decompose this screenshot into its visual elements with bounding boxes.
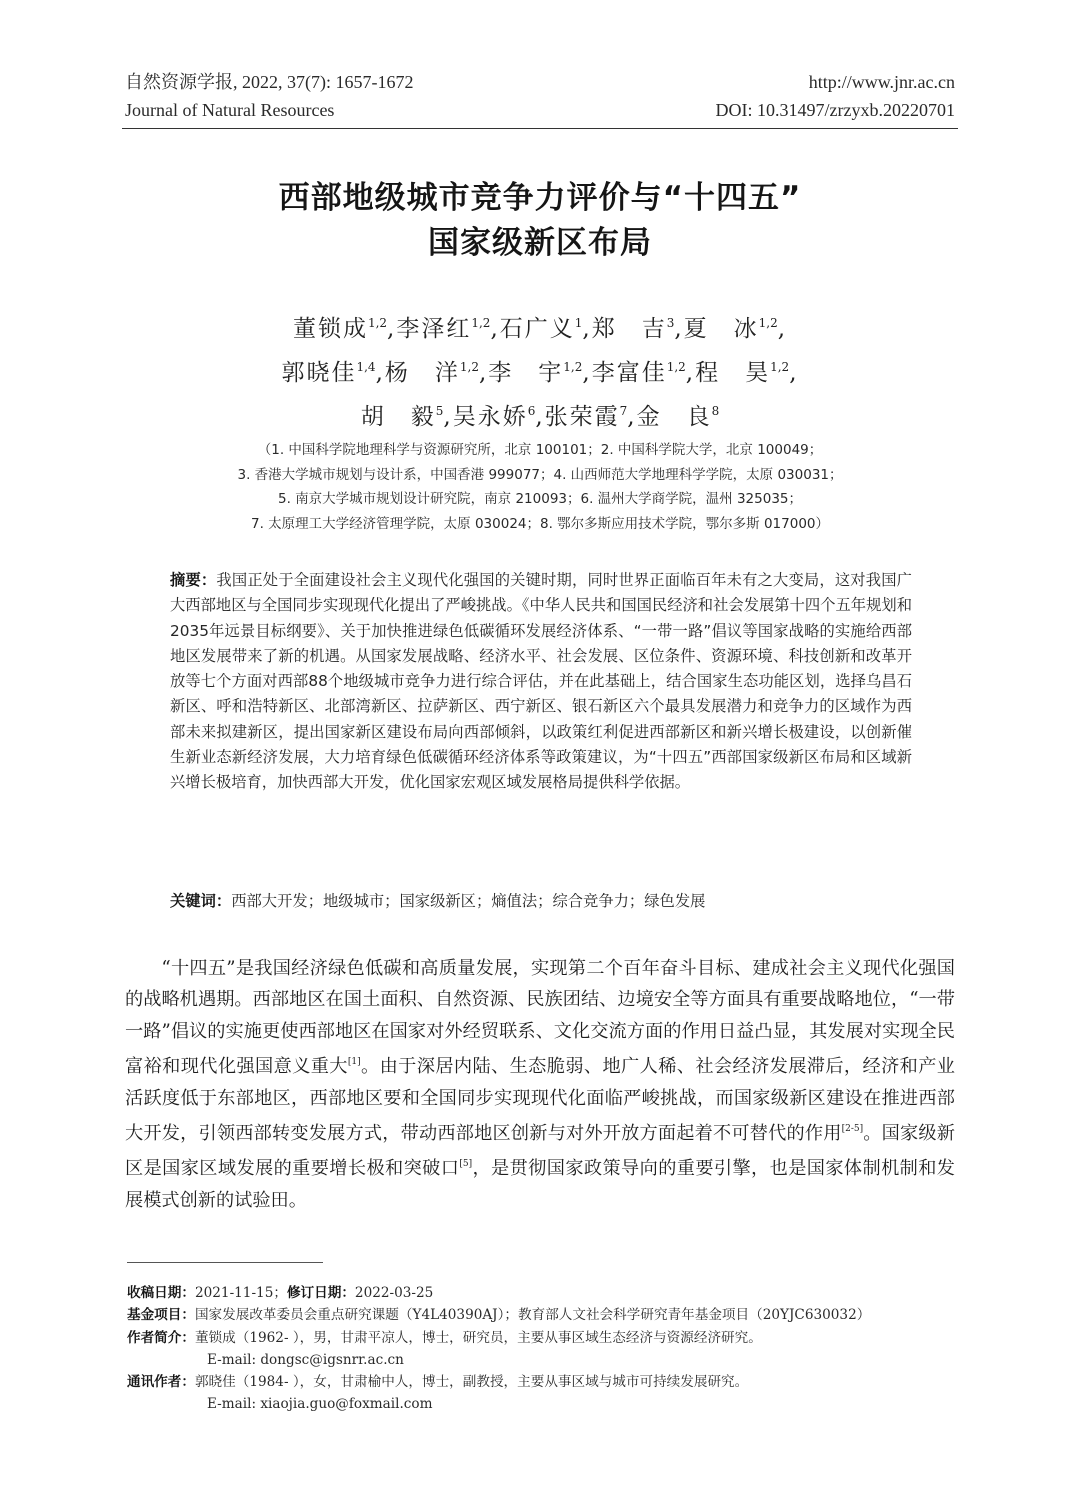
author: 金 良8 <box>637 404 720 430</box>
keywords: 关键词：西部大开发；地级城市；国家级新区；熵值法；综合竞争力；绿色发展 <box>170 889 912 914</box>
header-divider <box>122 128 958 129</box>
keywords-label: 关键词： <box>170 892 231 910</box>
author: 杨 洋1,2, <box>385 360 488 386</box>
author: 郭晓佳1,4, <box>281 360 384 386</box>
citation-ref[interactable]: [2-5] <box>842 1124 864 1134</box>
author: 胡 毅5, <box>361 404 453 430</box>
affiliation-line: 5. 南京大学城市规划设计研究院，南京 210093；6. 温州大学商学院，温州… <box>0 487 1080 512</box>
paper-page: 自然资源学报, 2022, 37(7): 1657-1672 http://ww… <box>0 0 1080 1501</box>
author-email[interactable]: E-mail: dongsc@igsnrr.ac.cn <box>127 1349 967 1371</box>
author: 郑 吉3, <box>592 316 684 342</box>
abstract: 摘要：我国正处于全面建设社会主义现代化强国的关键时期，同时世界正面临百年未有之大… <box>170 568 912 796</box>
running-header: 自然资源学报, 2022, 37(7): 1657-1672 http://ww… <box>125 68 955 124</box>
author: 李 宇1,2, <box>488 360 591 386</box>
corresponding-author-row: 通讯作者：郭晓佳（1984- ），女，甘肃榆中人，博士，副教授，主要从事区域与城… <box>127 1371 967 1393</box>
paper-title: 西部地级城市竞争力评价与“十四五” 国家级新区布局 <box>0 176 1080 266</box>
author-bio-row: 作者简介：董锁成（1962- ），男，甘肃平凉人，博士，研究员，主要从事区域生态… <box>127 1327 967 1349</box>
journal-name-en: Journal of Natural Resources <box>125 96 334 124</box>
author: 夏 冰1,2, <box>684 316 787 342</box>
title-line-2: 国家级新区布局 <box>0 221 1080 266</box>
keywords-text: 西部大开发；地级城市；国家级新区；熵值法；综合竞争力；绿色发展 <box>231 892 705 910</box>
abstract-label: 摘要： <box>170 571 216 589</box>
affiliation-line: 3. 香港大学城市规划与设计系，中国香港 999077；4. 山西师范大学地理科… <box>0 463 1080 488</box>
affiliations: （1. 中国科学院地理科学与资源研究所，北京 100101；2. 中国科学院大学… <box>0 438 1080 536</box>
author-list: 董锁成1,2,李泽红1,2,石广义1,郑 吉3,夏 冰1,2, 郭晓佳1,4,杨… <box>0 304 1080 436</box>
fund-row: 基金项目：国家发展改革委员会重点研究课题（Y4L40390AJ）；教育部人文社会… <box>127 1304 967 1326</box>
abstract-text: 我国正处于全面建设社会主义现代化强国的关键时期，同时世界正面临百年未有之大变局，… <box>170 571 912 791</box>
journal-url[interactable]: http://www.jnr.ac.cn <box>809 68 955 96</box>
received-date: 2021-11-15； <box>195 1285 287 1301</box>
affiliation-line: 7. 太原理工大学经济管理学院，太原 030024；8. 鄂尔多斯应用技术学院，… <box>0 512 1080 537</box>
doi[interactable]: DOI: 10.31497/zrzyxb.20220701 <box>716 96 955 124</box>
footnote-divider <box>127 1262 323 1263</box>
author: 程 昊1,2, <box>695 360 798 386</box>
footnotes: 收稿日期：2021-11-15；修订日期：2022-03-25 基金项目：国家发… <box>127 1282 967 1416</box>
author: 石广义1, <box>500 316 592 342</box>
author-line-2: 郭晓佳1,4,杨 洋1,2,李 宇1,2,李富佳1,2,程 昊1,2, <box>0 348 1080 392</box>
citation-ref[interactable]: [1] <box>348 1057 361 1067</box>
body-paragraph: “十四五”是我国经济绿色低碳和高质量发展，实现第二个百年奋斗目标、建成社会主义现… <box>125 953 955 1216</box>
author-line-1: 董锁成1,2,李泽红1,2,石广义1,郑 吉3,夏 冰1,2, <box>0 304 1080 348</box>
author: 吴永娇6, <box>453 404 545 430</box>
citation-ref[interactable]: [5] <box>459 1159 472 1169</box>
journal-citation: 自然资源学报, 2022, 37(7): 1657-1672 <box>125 68 413 96</box>
title-line-1: 西部地级城市竞争力评价与“十四五” <box>0 176 1080 221</box>
author: 李富佳1,2, <box>592 360 695 386</box>
author: 张荣霞7, <box>545 404 637 430</box>
affiliation-line: （1. 中国科学院地理科学与资源研究所，北京 100101；2. 中国科学院大学… <box>0 438 1080 463</box>
author: 李泽红1,2, <box>396 316 499 342</box>
corresponding-email[interactable]: E-mail: xiaojia.guo@foxmail.com <box>127 1393 967 1415</box>
author-line-3: 胡 毅5,吴永娇6,张荣霞7,金 良8 <box>0 392 1080 436</box>
author: 董锁成1,2, <box>293 316 396 342</box>
dates-row: 收稿日期：2021-11-15；修订日期：2022-03-25 <box>127 1282 967 1304</box>
revised-date: 2022-03-25 <box>355 1285 433 1301</box>
